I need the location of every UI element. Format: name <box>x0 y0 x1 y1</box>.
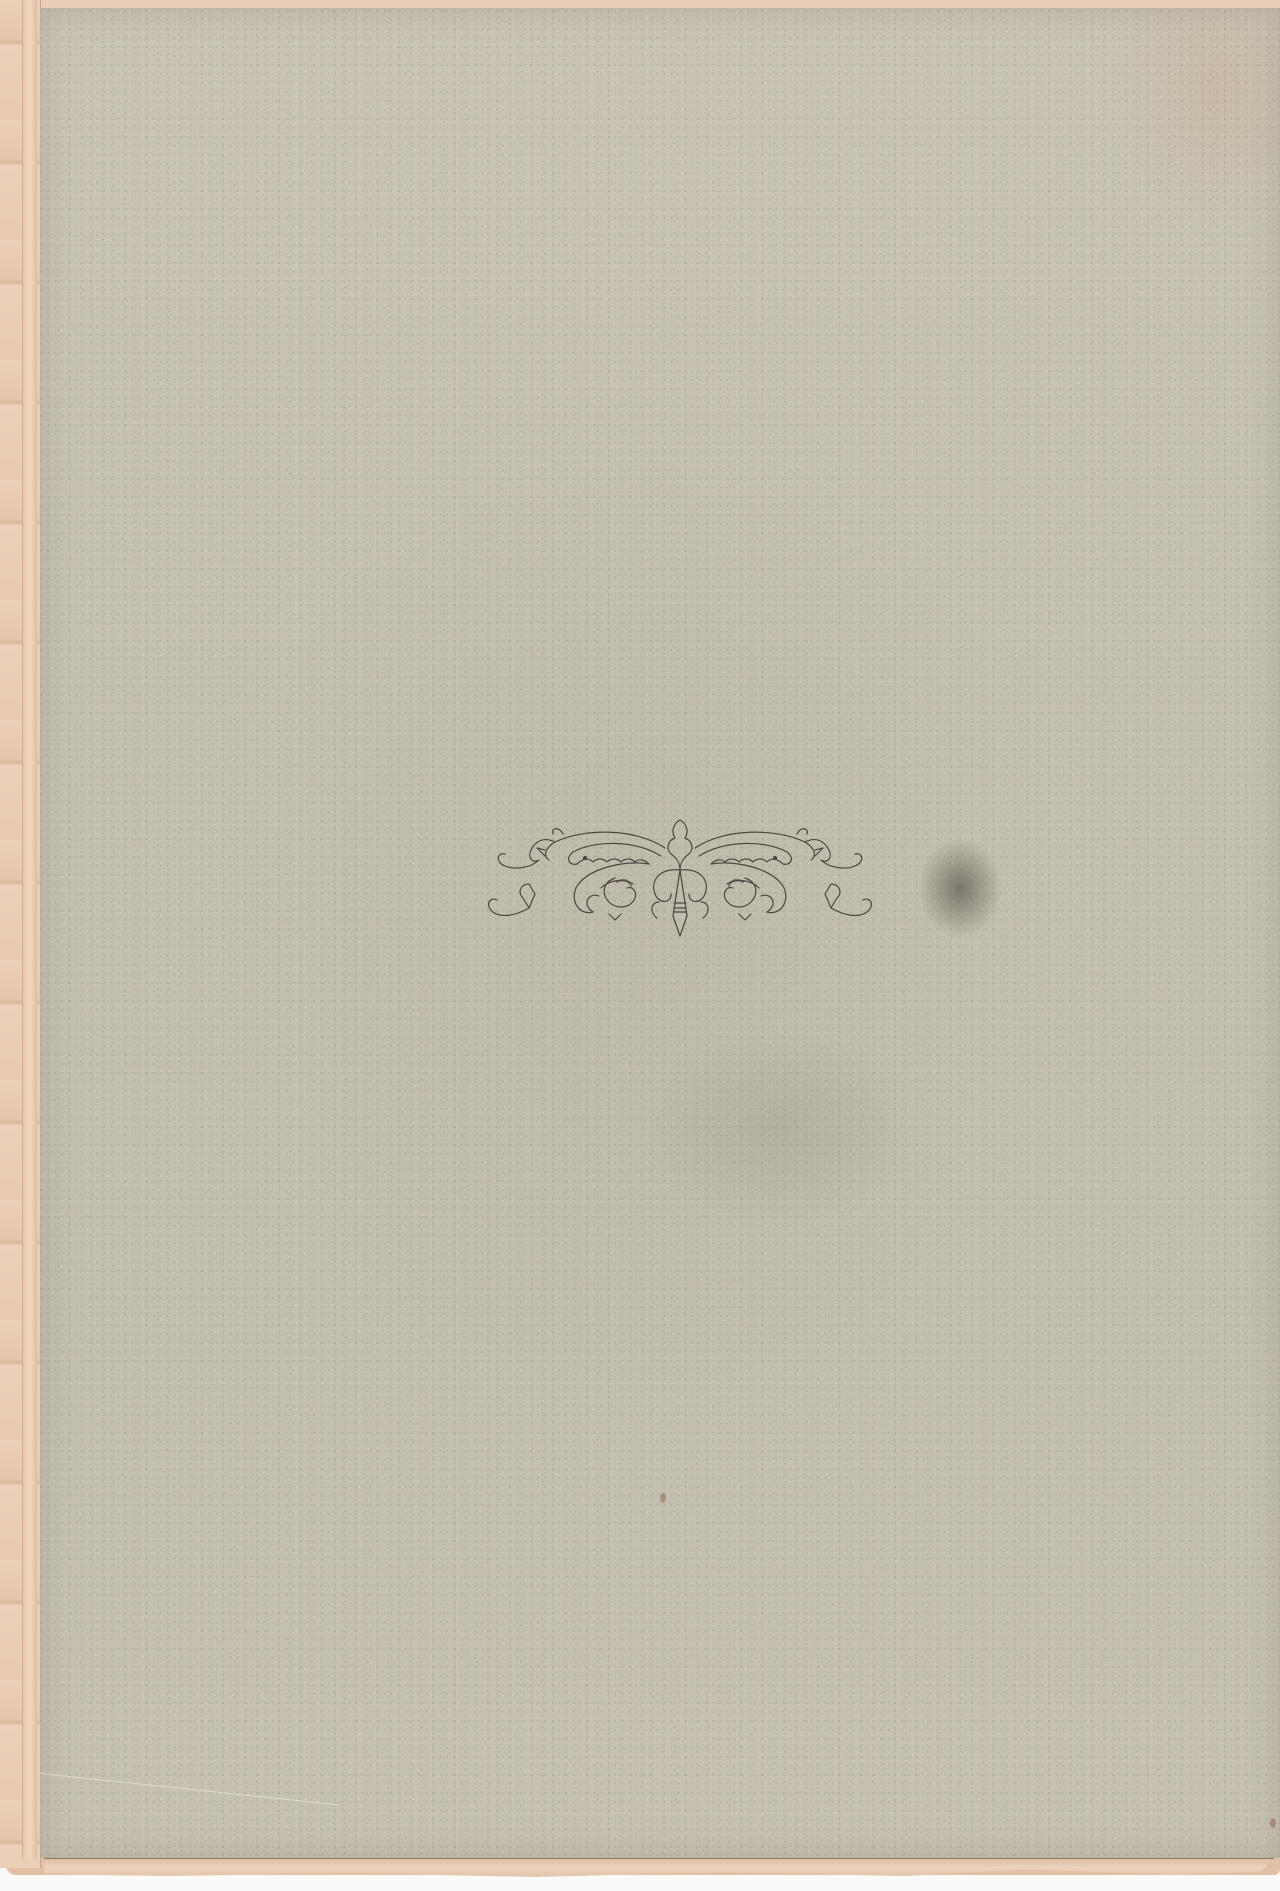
spine-binding-strip <box>22 0 37 1858</box>
book-spine <box>0 0 41 1868</box>
back-cover <box>40 8 1280 1858</box>
foxing-spot <box>660 1493 666 1503</box>
foxing-spot <box>1270 1818 1276 1828</box>
ornamental-vignette-icon <box>485 808 875 948</box>
